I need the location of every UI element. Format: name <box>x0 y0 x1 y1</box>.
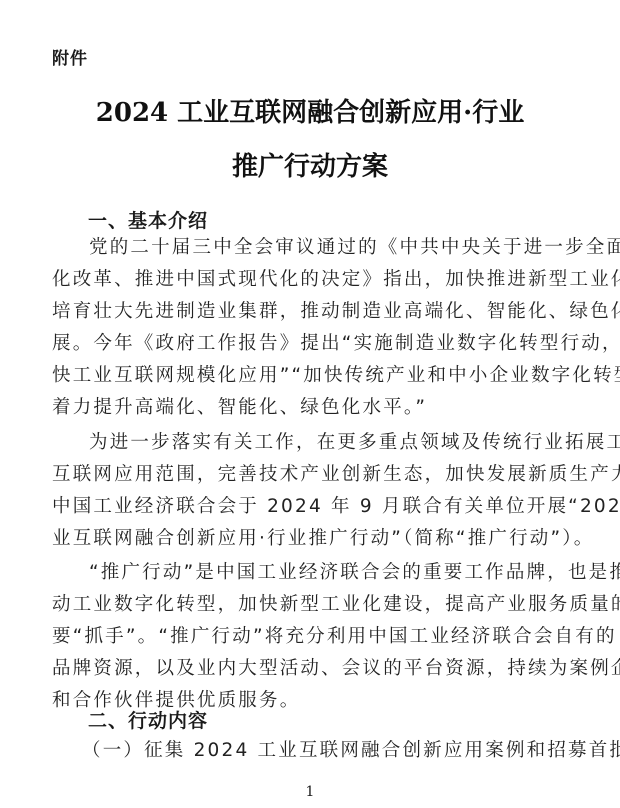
document-title-line-1: 2024 工业互联网融合创新应用·行业 <box>0 92 620 129</box>
paragraph-line: 培育壮大先进制造业集群，推动制造业高端化、智能化、绿色化发 <box>52 296 580 328</box>
paragraph-line: 着力提升高端化、智能化、绿色化水平。” <box>52 392 580 424</box>
paragraph-line: （一）征集 2024 工业互联网融合创新应用案例和招募首批工 <box>52 735 580 767</box>
page-number: 1 <box>0 784 620 800</box>
paragraph-line: 互联网应用范围，完善技术产业创新生态，加快发展新质生产力， <box>52 459 580 491</box>
paragraph-line: 动工业数字化转型，加快新型工业化建设，提高产业服务质量的重 <box>52 589 580 621</box>
paragraph-line: 为进一步落实有关工作，在更多重点领域及传统行业拓展工业 <box>52 427 580 459</box>
document-page: 附件 2024 工业互联网融合创新应用·行业 推广行动方案 一、基本介绍 党的二… <box>0 0 620 808</box>
paragraph-line: 化改革、推进中国式现代化的决定》指出，加快推进新型工业化， <box>52 264 580 296</box>
document-title-line-2: 推广行动方案 <box>0 146 620 183</box>
attachment-label: 附件 <box>52 44 88 69</box>
paragraph-line: 业互联网融合创新应用·行业推广行动”（简称“推广行动”）。 <box>52 523 580 555</box>
section-heading-2: 二、行动内容 <box>88 706 208 733</box>
paragraph-3: “推广行动”是中国工业经济联合会的重要工作品牌，也是推 动工业数字化转型，加快新… <box>52 557 580 717</box>
paragraph-line: “推广行动”是中国工业经济联合会的重要工作品牌，也是推 <box>52 557 580 589</box>
section-heading-1: 一、基本介绍 <box>88 206 208 233</box>
paragraph-line: 党的二十届三中全会审议通过的《中共中央关于进一步全面深 <box>52 232 580 264</box>
paragraph-4: （一）征集 2024 工业互联网融合创新应用案例和招募首批工 <box>52 735 580 767</box>
paragraph-2: 为进一步落实有关工作，在更多重点领域及传统行业拓展工业 互联网应用范围，完善技术… <box>52 427 580 555</box>
paragraph-line: 要“抓手”。“推广行动”将充分利用中国工业经济联合会自有的 <box>52 621 580 653</box>
paragraph-line: 快工业互联网规模化应用”“加快传统产业和中小企业数字化转型， <box>52 360 580 392</box>
paragraph-line: 展。今年《政府工作报告》提出“实施制造业数字化转型行动，加 <box>52 328 580 360</box>
paragraph-line: 中国工业经济联合会于 2024 年 9 月联合有关单位开展“2024 年工 <box>52 491 580 523</box>
paragraph-1: 党的二十届三中全会审议通过的《中共中央关于进一步全面深 化改革、推进中国式现代化… <box>52 232 580 424</box>
paragraph-line: 品牌资源，以及业内大型活动、会议的平台资源，持续为案例企业 <box>52 653 580 685</box>
